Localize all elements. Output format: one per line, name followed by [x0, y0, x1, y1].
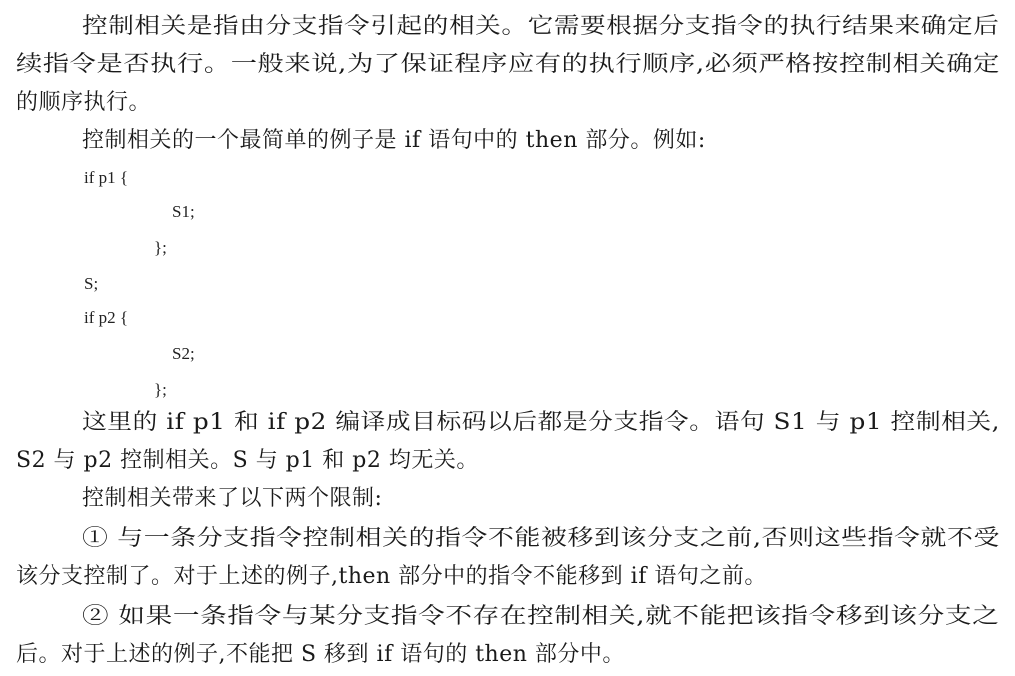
code-line-1: if p1 { — [84, 166, 128, 190]
code-line-6: S2; — [172, 342, 195, 366]
paragraph-4-line-1: 控制相关带来了以下两个限制: — [82, 484, 382, 514]
code-line-7: }; — [154, 378, 167, 402]
paragraph-3-line-1: 这里的 if p1 和 if p2 编译成目标码以后都是分支指令。语句 S1 与… — [82, 408, 1000, 438]
restriction-1-line-1: ① 与一条分支指令控制相关的指令不能被移到该分支之前,否则这些指令就不受 — [82, 524, 1000, 554]
paragraph-3-line-2: S2 与 p2 控制相关。S 与 p1 和 p2 均无关。 — [16, 446, 479, 476]
restriction-2-line-2: 后。对于上述的例子,不能把 S 移到 if 语句的 then 部分中。 — [16, 640, 625, 670]
restriction-2-line-1: ② 如果一条指令与某分支指令不存在控制相关,就不能把该指令移到该分支之 — [82, 602, 999, 632]
document-page: 控制相关是指由分支指令引起的相关。它需要根据分支指令的执行结果来确定后 续指令是… — [0, 0, 1015, 676]
paragraph-1-line-2: 续指令是否执行。一般来说,为了保证程序应有的执行顺序,必须严格按控制相关确定 — [16, 50, 1000, 80]
code-line-4: S; — [84, 272, 98, 296]
restriction-1-line-2: 该分支控制了。对于上述的例子,then 部分中的指令不能移到 if 语句之前。 — [16, 562, 767, 592]
paragraph-2-line-1: 控制相关的一个最简单的例子是 if 语句中的 then 部分。例如: — [82, 126, 706, 156]
paragraph-1-line-1: 控制相关是指由分支指令引起的相关。它需要根据分支指令的执行结果来确定后 — [82, 12, 999, 42]
paragraph-1-line-3: 的顺序执行。 — [16, 88, 151, 118]
code-line-3: }; — [154, 236, 167, 260]
code-line-2: S1; — [172, 200, 195, 224]
code-line-5: if p2 { — [84, 306, 128, 330]
